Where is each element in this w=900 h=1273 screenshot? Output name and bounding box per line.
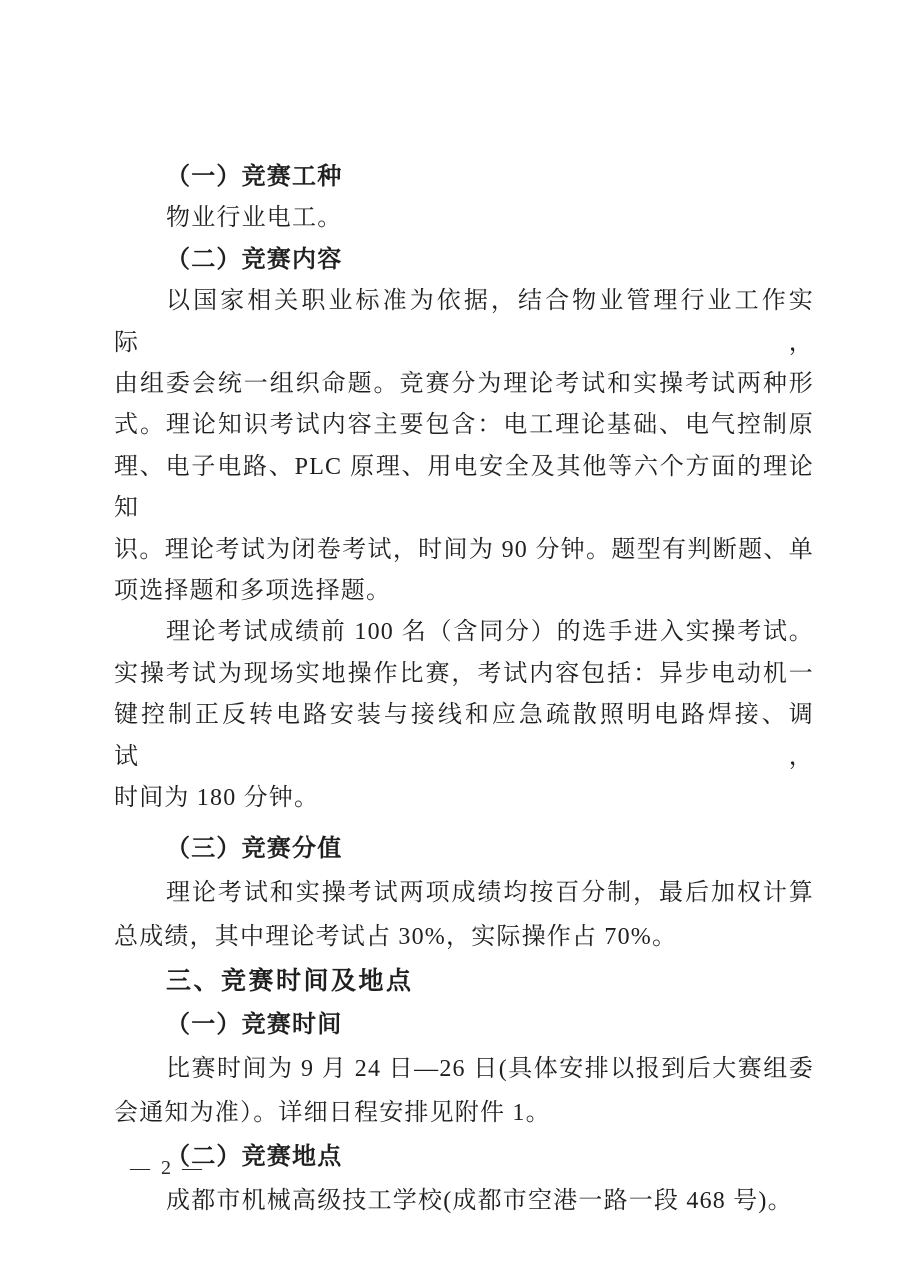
page-number: — 2 — <box>130 1157 205 1180</box>
heading-competition-location: （二）竞赛地点 <box>114 1135 814 1179</box>
heading-competition-score: （三）竞赛分值 <box>114 827 814 871</box>
para-competition-score-line-2: 总成绩，其中理论考试占 30%，实际操作占 70%。 <box>114 915 814 959</box>
para-competition-score-line-1: 理论考试和实操考试两项成绩均按百分制，最后加权计算 <box>114 871 814 915</box>
para-practical-exam-line-4: 时间为 180 分钟。 <box>114 778 814 819</box>
text-competition-location: 成都市机械高级技工学校(成都市空港一路一段 468 号)。 <box>114 1179 814 1223</box>
para-competition-time-line-2: 会通知为准）。详细日程安排见附件 1。 <box>114 1091 814 1135</box>
para-competition-content-line-4: 理、电子电路、PLC 原理、用电安全及其他等六个方面的理论知 <box>114 447 814 530</box>
upper-text-block: （一）竞赛工种 物业行业电工。 （二）竞赛内容 以国家相关职业标准为依据，结合物… <box>114 157 814 820</box>
para-practical-exam-line-1: 理论考试成绩前 100 名（含同分）的选手进入实操考试。 <box>114 612 814 653</box>
heading-competition-content: （二）竞赛内容 <box>114 240 814 281</box>
para-competition-content-line-6: 项选择题和多项选择题。 <box>114 571 814 612</box>
para-competition-content-line-2: 由组委会统一组织命题。竞赛分为理论考试和实操考试两种形 <box>114 364 814 405</box>
heading-competition-time: （一）竞赛时间 <box>114 1003 814 1047</box>
heading-time-and-location: 三、竞赛时间及地点 <box>114 959 814 1003</box>
para-competition-time-line-1: 比赛时间为 9 月 24 日—26 日(具体安排以报到后大赛组委 <box>114 1047 814 1091</box>
document-body: （一）竞赛工种 物业行业电工。 （二）竞赛内容 以国家相关职业标准为依据，结合物… <box>114 157 814 1223</box>
para-competition-content-line-3: 式。理论知识考试内容主要包含：电工理论基础、电气控制原 <box>114 405 814 446</box>
para-competition-content-line-1: 以国家相关职业标准为依据，结合物业管理行业工作实际， <box>114 281 814 364</box>
document-page: （一）竞赛工种 物业行业电工。 （二）竞赛内容 以国家相关职业标准为依据，结合物… <box>0 0 900 1273</box>
para-practical-exam-line-2: 实操考试为现场实地操作比赛，考试内容包括：异步电动机一 <box>114 654 814 695</box>
heading-competition-trade: （一）竞赛工种 <box>114 157 814 198</box>
para-practical-exam-line-3: 键控制正反转电路安装与接线和应急疏散照明电路焊接、调试， <box>114 695 814 778</box>
para-competition-content-line-5: 识。理论考试为闭卷考试，时间为 90 分钟。题型有判断题、单 <box>114 530 814 571</box>
text-competition-trade: 物业行业电工。 <box>114 198 814 239</box>
lower-text-block: （三）竞赛分值 理论考试和实操考试两项成绩均按百分制，最后加权计算 总成绩，其中… <box>114 827 814 1223</box>
